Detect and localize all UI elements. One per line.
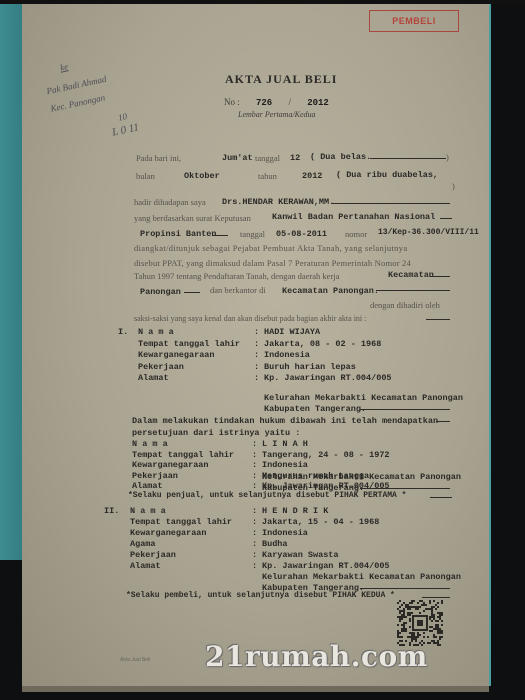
witness-text: dengan dihadiri oleh bbox=[370, 300, 440, 310]
decree-date: 05-08-2011 bbox=[276, 229, 327, 239]
field-label: Alamat bbox=[138, 373, 169, 383]
field-value: Indonesia bbox=[264, 350, 310, 360]
fill-line bbox=[370, 158, 446, 159]
field-colon: : bbox=[254, 350, 259, 360]
fill-line bbox=[360, 488, 450, 489]
field-label: N a m a bbox=[138, 327, 174, 337]
fill-line bbox=[360, 588, 450, 589]
footer-label: Akta Jual Beli bbox=[120, 657, 150, 663]
field-label: Pekerjaan bbox=[138, 362, 184, 372]
field-colon: : bbox=[252, 471, 257, 481]
field-label: Alamat bbox=[132, 481, 163, 491]
body-text: diangkat/ditunjuk sebagai Pejabat Pembua… bbox=[134, 243, 408, 253]
field-colon: : bbox=[252, 539, 257, 549]
field-value: Buruh harian lepas bbox=[264, 362, 356, 372]
day-label: Pada hari ini, bbox=[136, 153, 181, 163]
work-area: Panongan bbox=[140, 287, 181, 297]
decree-date-label: tanggal bbox=[240, 229, 265, 239]
fill-line bbox=[332, 203, 450, 204]
fill-line bbox=[422, 597, 450, 598]
field-colon: : bbox=[254, 339, 259, 349]
paren: ) bbox=[452, 181, 455, 191]
field-colon: : bbox=[252, 481, 257, 491]
fill-line bbox=[376, 290, 450, 291]
consent-text: Dalam melakukan tindakan hukum dibawah i… bbox=[132, 416, 438, 426]
deed-year: 2012 bbox=[307, 98, 329, 108]
field-label: Alamat bbox=[130, 561, 161, 571]
fill-line bbox=[436, 421, 450, 422]
decree-no-label: nomor bbox=[345, 229, 367, 239]
decree-label: yang berdasarkan surat Keputusan bbox=[134, 213, 251, 223]
date-label: tanggal bbox=[255, 153, 280, 163]
fill-line bbox=[440, 218, 452, 219]
field-label: Tempat tanggal lahir bbox=[132, 450, 234, 460]
field-value: Jakarta, 15 - 04 - 1968 bbox=[262, 517, 379, 527]
field-value: H E N D R I K bbox=[262, 506, 328, 516]
field-label: Tempat tanggal lahir bbox=[130, 517, 232, 527]
field-colon: : bbox=[252, 550, 257, 560]
field-label: Tempat tanggal lahir bbox=[138, 339, 240, 349]
address-line: Kelurahan Mekarbakti Kecamatan Panongan bbox=[262, 472, 461, 482]
fill-line bbox=[426, 319, 450, 320]
field-label: Kewarganegaraan bbox=[132, 460, 209, 470]
date-value: 12 bbox=[290, 153, 300, 163]
field-label: Kewarganegaraan bbox=[138, 350, 215, 360]
year-label: tahun bbox=[258, 171, 277, 181]
field-colon: : bbox=[254, 327, 259, 337]
address-line: Kabupaten Tangerang. bbox=[264, 404, 366, 414]
appear-label: hadir dihadapan saya bbox=[134, 197, 206, 207]
fill-line bbox=[184, 292, 200, 293]
field-label: Kewarganegaraan bbox=[130, 528, 207, 538]
office: Kecamatan Panongan. bbox=[282, 286, 379, 296]
deed-number: 726 bbox=[256, 98, 272, 108]
decree-number: 13/Kep-36.300/VIII/11 bbox=[378, 228, 479, 237]
field-value: HADI WIJAYA bbox=[264, 327, 320, 337]
field-colon: : bbox=[254, 373, 259, 383]
fill-line bbox=[212, 235, 228, 236]
field-colon: : bbox=[254, 362, 259, 372]
handwritten-note: 10 bbox=[117, 111, 128, 123]
date-words: ( Dua belas. bbox=[310, 152, 371, 162]
field-label: Pekerjaan bbox=[130, 550, 176, 560]
office-label: dan berkantor di bbox=[210, 285, 266, 295]
paren: ) bbox=[446, 152, 449, 162]
field-colon: : bbox=[252, 517, 257, 527]
field-label: Pekerjaan bbox=[132, 471, 178, 481]
field-colon: : bbox=[252, 528, 257, 538]
field-value: Karyawan Swasta bbox=[262, 550, 339, 560]
fill-line bbox=[360, 409, 450, 410]
party-numeral: II. bbox=[104, 506, 119, 516]
field-label: N a m a bbox=[132, 439, 168, 449]
body-text: disebut PPAT, yang dimaksud dalam Pasal … bbox=[134, 258, 411, 268]
field-value: Indonesia bbox=[262, 528, 308, 538]
document-title: AKTA JUAL BELI bbox=[225, 72, 337, 87]
field-colon: : bbox=[252, 450, 257, 460]
day-value: Jum'at bbox=[222, 153, 253, 163]
body-text: Tahun 1997 tentang Pendaftaran Tanah, de… bbox=[134, 271, 339, 281]
sheet-label: Lembar Pertama/Kedua bbox=[238, 110, 316, 119]
province: Propinsi Banten bbox=[140, 229, 217, 239]
field-value: Kp. Jawaringan RT.004/005 bbox=[262, 561, 390, 571]
fill-line bbox=[430, 497, 452, 498]
field-label: N a m a bbox=[130, 506, 166, 516]
officer-name: Drs.HENDAR KERAWAN,MM. bbox=[222, 197, 334, 207]
witness-text: saksi-saksi yang saya kenal dan akan dis… bbox=[134, 314, 366, 323]
address-line: Kelurahan Mekarbakti Kecamatan Panongan bbox=[262, 572, 461, 582]
field-colon: : bbox=[252, 439, 257, 449]
field-value: Budha bbox=[262, 539, 288, 549]
field-colon: : bbox=[252, 561, 257, 571]
field-value: Kp. Jawaringan RT.004/005 bbox=[264, 373, 392, 383]
field-value: Indonesia bbox=[262, 460, 308, 470]
address-line: Kelurahan Mekarbakti Kecamatan Panongan bbox=[264, 393, 463, 403]
field-colon: : bbox=[252, 506, 257, 516]
field-label: Agama bbox=[130, 539, 156, 549]
work-area: Kecamatan bbox=[388, 270, 434, 280]
watermark: 21rumah.com bbox=[205, 640, 428, 673]
month-label: bulan bbox=[136, 171, 155, 181]
consent-text: persetujuan dari istrinya yaitu : bbox=[132, 428, 300, 438]
buyer-stamp: PEMBELI bbox=[369, 10, 459, 32]
field-value: L I N A H bbox=[262, 439, 308, 449]
month-value: Oktober bbox=[184, 171, 220, 181]
field-value: Jakarta, 08 - 02 - 1968 bbox=[264, 339, 381, 349]
party-numeral: I. bbox=[118, 327, 128, 337]
buyer-role: *Selaku pembeli, untuk selanjutnya diseb… bbox=[126, 591, 395, 600]
fill-line bbox=[430, 276, 450, 277]
year-value: 2012 bbox=[302, 171, 322, 181]
decree-issuer: Kanwil Badan Pertanahan Nasional bbox=[272, 212, 435, 222]
year-words: ( Dua ribu duabelas, bbox=[336, 170, 438, 180]
field-value: Tangerang, 24 - 08 - 1972 bbox=[262, 450, 390, 460]
seller-role: *Selaku penjual, untuk selanjutnya diseb… bbox=[128, 491, 406, 500]
document-number: No : 726 / 2012 bbox=[224, 97, 329, 108]
field-colon: : bbox=[252, 460, 257, 470]
page-edge bbox=[22, 686, 489, 692]
number-label: No : bbox=[224, 97, 240, 107]
